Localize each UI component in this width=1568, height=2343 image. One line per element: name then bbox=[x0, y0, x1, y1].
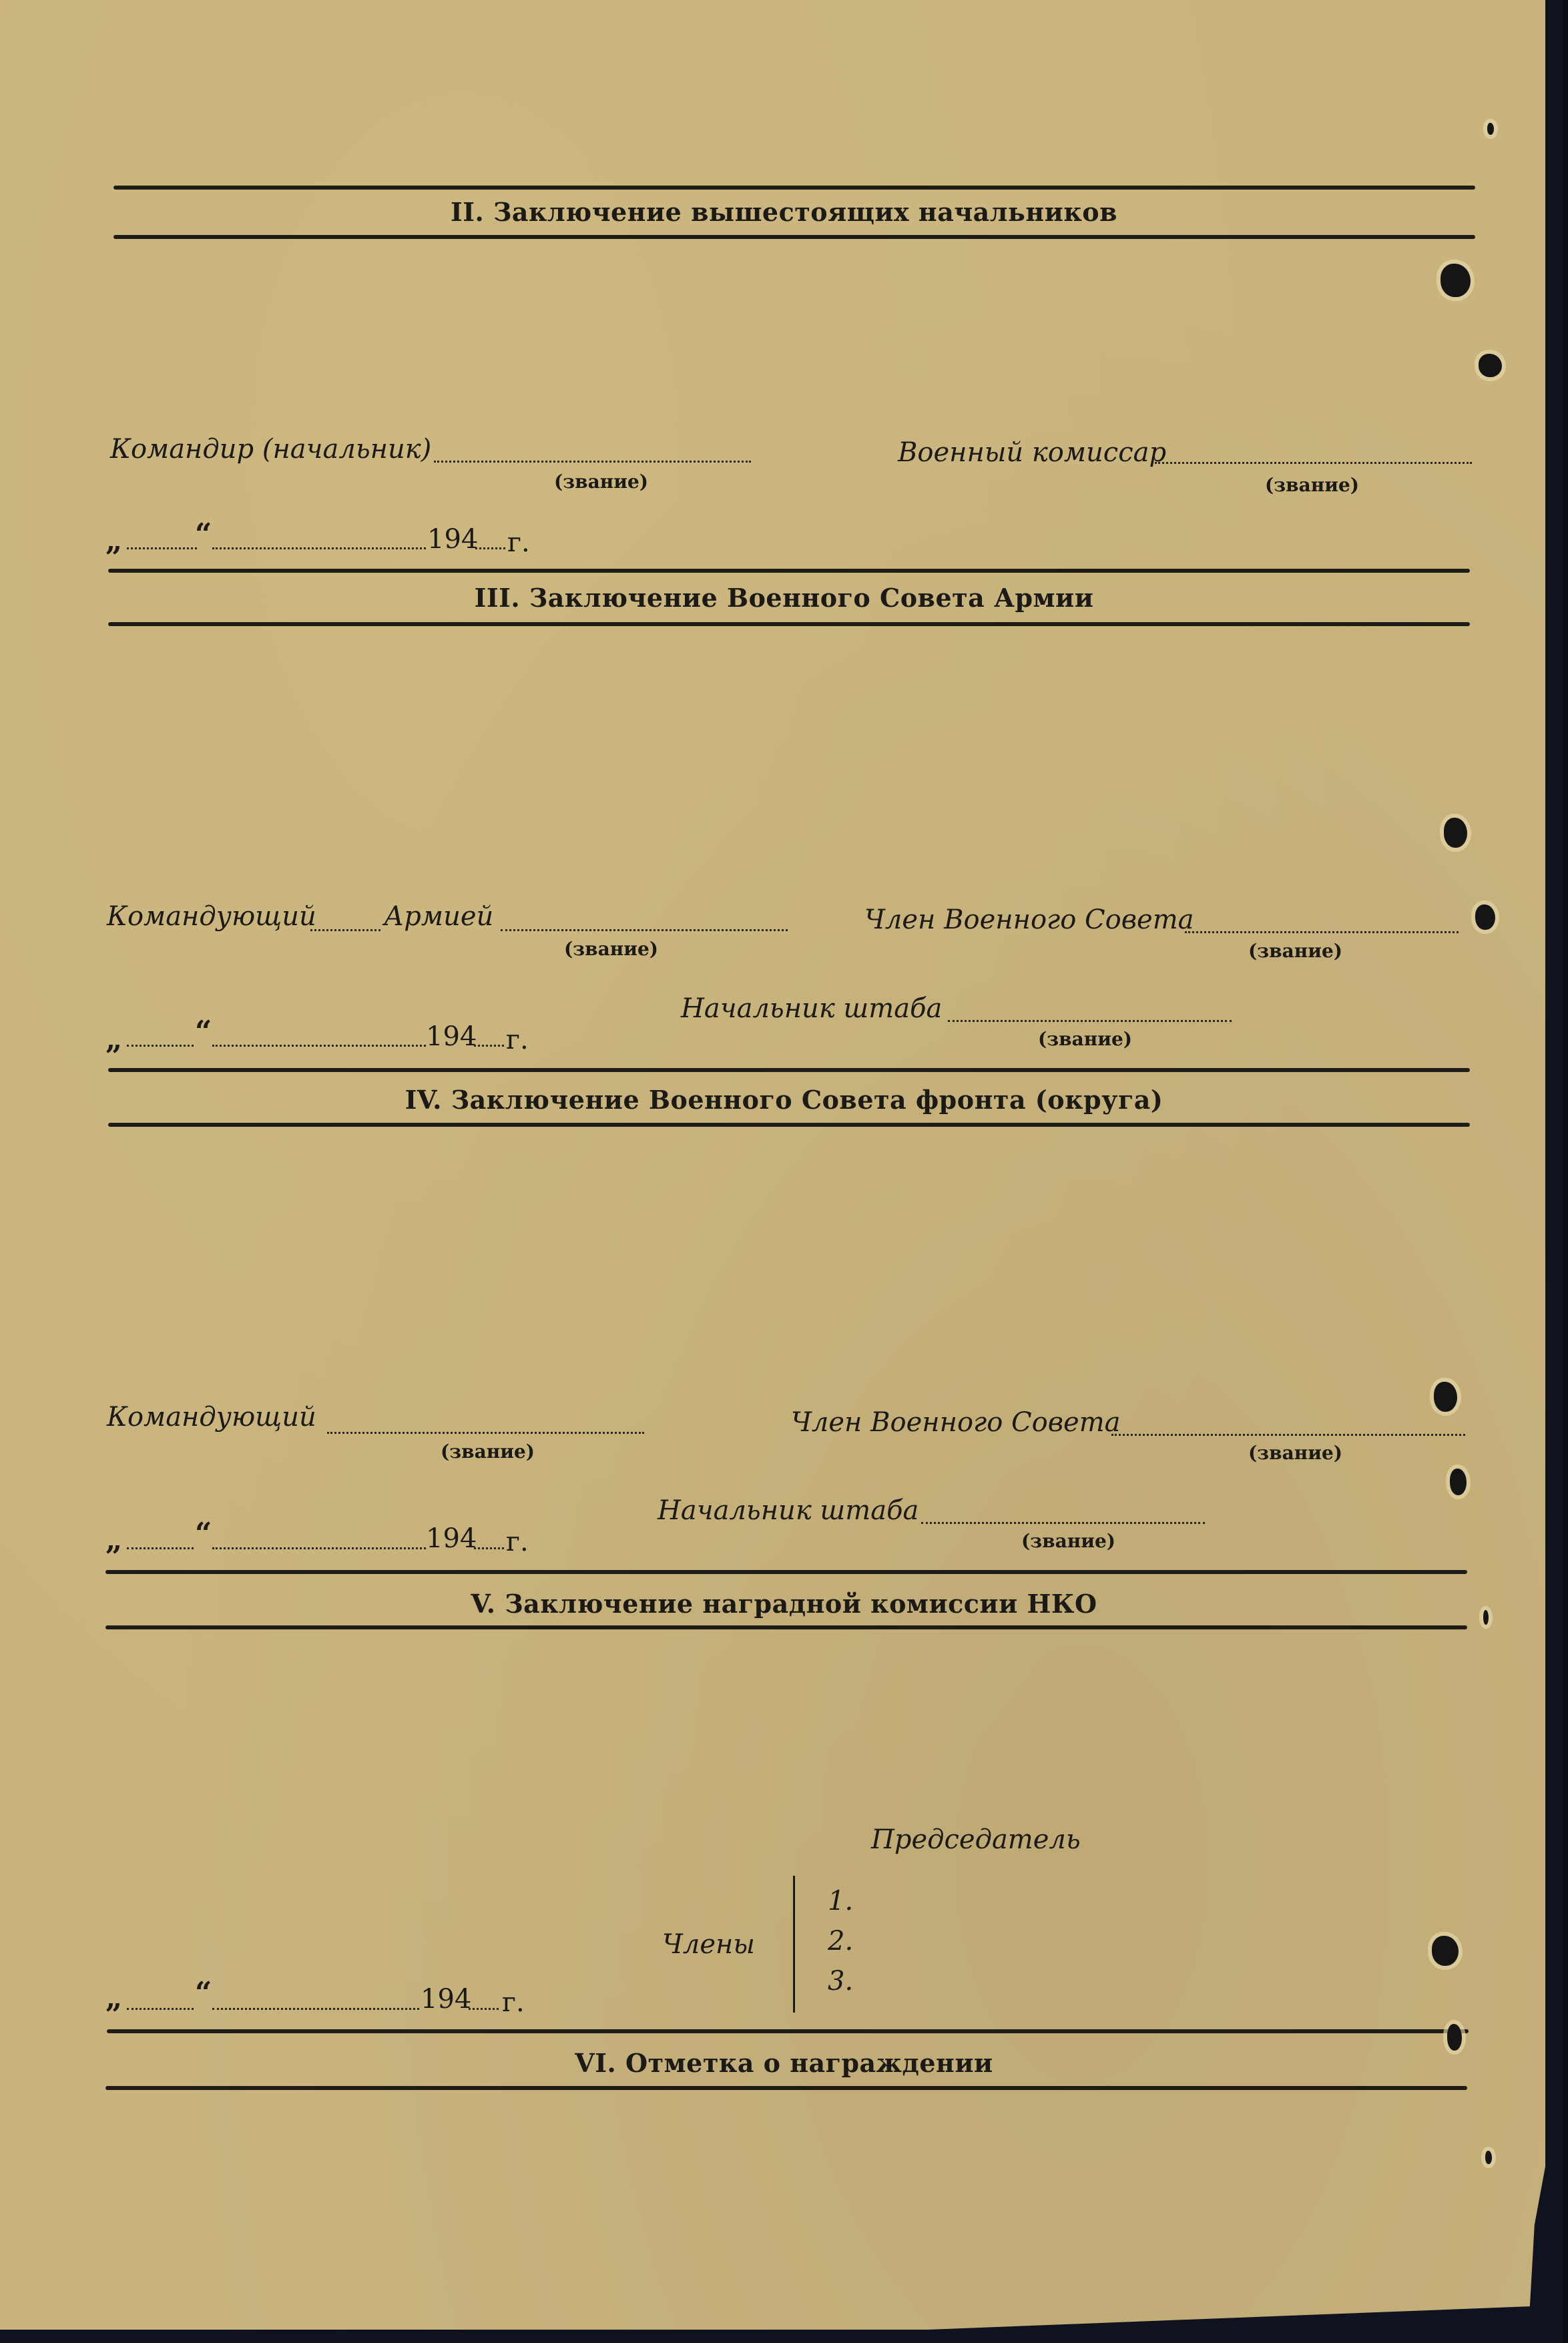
date-year-suffix-field[interactable] bbox=[475, 547, 505, 549]
front-chief-of-staff-rank-hint: (звание) bbox=[1021, 1530, 1115, 1552]
date-suffix: г. bbox=[507, 527, 530, 558]
nko-date-year-suffix-field[interactable] bbox=[469, 2008, 499, 2010]
front-commander-rank-hint: (звание) bbox=[441, 1441, 535, 1463]
front-date-open-quote: „ bbox=[105, 1523, 122, 1557]
section-iii-bottom-rule bbox=[108, 622, 1470, 626]
army-date-year-suffix-field[interactable] bbox=[474, 1045, 504, 1047]
army-commander-rank-field[interactable] bbox=[501, 929, 788, 931]
army-council-member-label: Член Военного Совета bbox=[864, 904, 1194, 935]
commissar-rank-hint: (звание) bbox=[1265, 474, 1359, 496]
section-vi-top-rule bbox=[107, 2029, 1469, 2033]
section-ii-heading: II. Заключение вышестоящих начальников bbox=[0, 197, 1568, 227]
section-v-top-rule bbox=[105, 1570, 1467, 1574]
binding-hole-icon bbox=[1487, 123, 1494, 135]
army-council-member-rank-field[interactable] bbox=[1185, 931, 1459, 933]
army-council-member-rank-hint: (звание) bbox=[1248, 940, 1342, 962]
commissar-rank-field[interactable] bbox=[1155, 462, 1472, 464]
section-ii-top-rule bbox=[113, 186, 1475, 190]
members-label: Члены bbox=[662, 1929, 755, 1960]
binding-hole-icon bbox=[1479, 354, 1502, 377]
member-number-1: 1. bbox=[828, 1886, 853, 1916]
member-number-2: 2. bbox=[828, 1926, 853, 1957]
date-open-quote: „ bbox=[105, 524, 122, 558]
members-brace bbox=[793, 1876, 795, 2013]
section-ii-bottom-rule bbox=[113, 235, 1475, 239]
front-council-member-rank-hint: (звание) bbox=[1248, 1442, 1342, 1464]
binding-hole-icon bbox=[1434, 1382, 1457, 1412]
binding-hole-icon bbox=[1447, 2024, 1462, 2051]
army-chief-of-staff-rank-field[interactable] bbox=[948, 1020, 1232, 1022]
member-number-3: 3. bbox=[828, 1966, 853, 1997]
nko-date-month-field[interactable] bbox=[212, 2008, 419, 2010]
nko-date-close-quote: “ bbox=[195, 1976, 212, 2010]
front-commander-label: Командующий bbox=[107, 1402, 316, 1433]
section-iv-bottom-rule bbox=[108, 1123, 1470, 1127]
front-date-day-field[interactable] bbox=[127, 1547, 194, 1549]
chairman-label: Председатель bbox=[871, 1824, 1081, 1855]
nko-date-open-quote: „ bbox=[105, 1981, 122, 2015]
section-v-bottom-rule bbox=[105, 1625, 1467, 1629]
date-month-field[interactable] bbox=[212, 547, 426, 549]
binding-hole-icon bbox=[1444, 818, 1467, 848]
binding-hole-icon bbox=[1483, 1610, 1489, 1625]
army-date-open-quote: „ bbox=[105, 1023, 122, 1057]
binding-hole-icon bbox=[1475, 904, 1495, 930]
front-council-member-label: Член Военного Совета bbox=[791, 1407, 1120, 1438]
section-iv-heading: IV. Заключение Военного Совета фронта (о… bbox=[0, 1085, 1568, 1115]
section-iii-top-rule bbox=[108, 569, 1470, 573]
commander-label: Командир (начальник) bbox=[110, 434, 431, 465]
section-vi-heading: VI. Отметка о награждении bbox=[0, 2048, 1568, 2078]
nko-date-year: 194 bbox=[421, 1984, 471, 2015]
nko-date-day-field[interactable] bbox=[127, 2008, 194, 2010]
section-vi-bottom-rule bbox=[105, 2086, 1467, 2090]
army-commander-label-2: Армией bbox=[384, 901, 493, 932]
front-date-year: 194 bbox=[426, 1523, 477, 1554]
nko-date-suffix: г. bbox=[502, 1987, 525, 2018]
binding-hole-icon bbox=[1450, 1469, 1467, 1495]
commissar-label: Военный комиссар bbox=[898, 437, 1166, 468]
army-date-month-field[interactable] bbox=[212, 1045, 426, 1047]
section-iii-heading: III. Заключение Военного Совета Армии bbox=[0, 583, 1568, 613]
army-date-year: 194 bbox=[426, 1021, 477, 1052]
document-page: II. Заключение вышестоящих начальников К… bbox=[0, 0, 1545, 2330]
front-date-year-suffix-field[interactable] bbox=[474, 1547, 504, 1549]
date-day-field[interactable] bbox=[127, 547, 197, 549]
binding-hole-icon bbox=[1485, 2151, 1492, 2164]
army-commander-gap bbox=[310, 929, 380, 931]
scan-edge bbox=[1563, 0, 1568, 2343]
army-chief-of-staff-rank-hint: (звание) bbox=[1038, 1028, 1132, 1050]
front-chief-of-staff-rank-field[interactable] bbox=[921, 1522, 1205, 1524]
commander-rank-field[interactable] bbox=[434, 461, 751, 463]
section-v-heading: V. Заключение наградной комиссии НКО bbox=[0, 1589, 1568, 1619]
front-date-suffix: г. bbox=[506, 1527, 529, 1557]
commander-rank-hint: (звание) bbox=[554, 471, 648, 493]
date-close-quote: “ bbox=[195, 517, 212, 551]
section-iv-top-rule bbox=[108, 1068, 1470, 1072]
army-date-day-field[interactable] bbox=[127, 1045, 194, 1047]
date-year: 194 bbox=[427, 524, 478, 555]
army-date-close-quote: “ bbox=[195, 1015, 212, 1049]
army-commander-rank-hint: (звание) bbox=[564, 938, 658, 960]
front-date-month-field[interactable] bbox=[212, 1547, 426, 1549]
front-date-close-quote: “ bbox=[195, 1517, 212, 1551]
army-commander-label: Командующий bbox=[107, 901, 316, 932]
army-chief-of-staff-label: Начальник штаба bbox=[681, 993, 942, 1024]
front-council-member-rank-field[interactable] bbox=[1111, 1434, 1465, 1436]
army-date-suffix: г. bbox=[506, 1025, 529, 1055]
binding-hole-icon bbox=[1432, 1936, 1459, 1966]
binding-hole-icon bbox=[1441, 264, 1471, 297]
front-chief-of-staff-label: Начальник штаба bbox=[658, 1495, 919, 1526]
front-commander-rank-field[interactable] bbox=[327, 1432, 644, 1434]
